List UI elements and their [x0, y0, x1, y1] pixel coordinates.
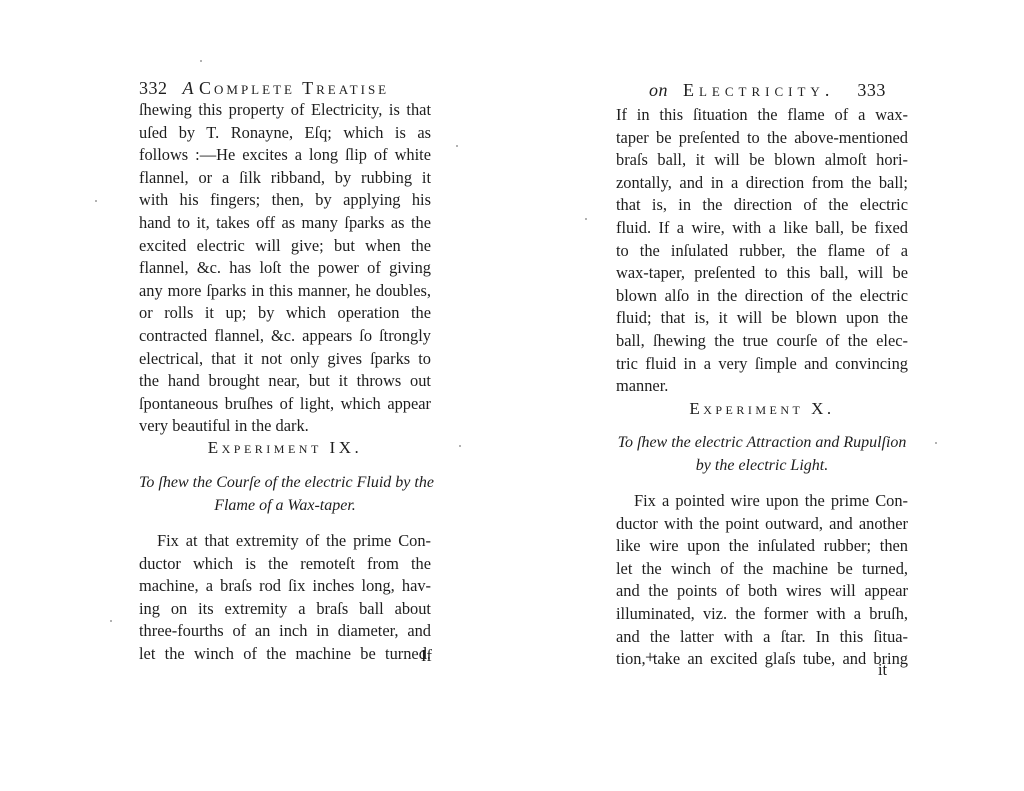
text-line: three-fourths of an inch in diameter, an… [139, 620, 431, 643]
text-line: ing on its extremity a braſs ball about [139, 598, 431, 621]
text-line: let the winch of the machine be turned. [139, 643, 431, 666]
text-line: ball, ſhewing the true courſe of the ele… [616, 330, 908, 353]
text-line: wax-taper, preſented to this ball, will … [616, 262, 908, 285]
text-line: machine, a braſs rod ſix inches long, ha… [139, 575, 431, 598]
text-line: let the winch of the machine be turned, [616, 558, 908, 581]
subtitle-line: To ſhew the electric Attraction and Rupu… [616, 431, 908, 454]
left-head-title: Complete Treatise [199, 78, 389, 98]
text-line: the hand brought near, but it throws out [139, 370, 431, 393]
text-line: hand to it, takes off as many ſparks as … [139, 212, 431, 235]
text-line: manner. [616, 375, 908, 398]
text-line: blown alſo in the direction of the elect… [616, 285, 908, 308]
book-spread: 332 A Complete Treatise ſhewing this pro… [0, 0, 1024, 791]
text-line: ductor which is the remoteſt from the [139, 553, 431, 576]
text-line: electrical, that it not only gives ſpark… [139, 348, 431, 371]
right-body-text: If in this ſituation the flame of a wax-… [616, 104, 908, 398]
subtitle-line: To ſhew the Courſe of the electric Fluid… [139, 471, 431, 494]
scan-speck [95, 200, 97, 202]
text-line: flannel, or a ſilk ribband, by rubbing i… [139, 167, 431, 190]
text-line: very beautiful in the dark. [139, 415, 431, 438]
signature-mark: + [645, 647, 655, 668]
text-line: taper be preſented to the above-mentione… [616, 127, 908, 150]
text-line: or rolls it up; by which operation the [139, 302, 431, 325]
left-running-head: 332 A Complete Treatise [139, 77, 389, 99]
left-catchword: If [421, 646, 432, 666]
text-line: follows :—He excites a long ſlip of whit… [139, 144, 431, 167]
text-line: ſhewing this property of Electricity, is… [139, 99, 431, 122]
text-line: that is, in the direction of the electri… [616, 194, 908, 217]
text-line: with his fingers; then, by applying his [139, 189, 431, 212]
text-line: Fix at that extremity of the prime Con- [139, 530, 431, 553]
text-line: to the inſulated rubber, the flame of a [616, 240, 908, 263]
text-line: flannel, &c. has loſt the power of givin… [139, 257, 431, 280]
experiment-x-body: Fix a pointed wire upon the prime Con- d… [616, 490, 908, 671]
left-folio: 332 [139, 78, 168, 98]
scan-speck [456, 145, 458, 147]
scan-speck [459, 445, 461, 447]
text-line: contracted flannel, &c. appears ſo ſtron… [139, 325, 431, 348]
text-line: Fix a pointed wire upon the prime Con- [616, 490, 908, 513]
scan-speck [200, 60, 202, 62]
right-catchword: it [878, 660, 887, 680]
right-page: on Electricity. 333 If in this ſituation… [512, 0, 1024, 791]
text-line: and the points of both wires will appear [616, 580, 908, 603]
experiment-ix-body: Fix at that extremity of the prime Con- … [139, 530, 431, 666]
text-line: If in this ſituation the flame of a wax- [616, 104, 908, 127]
text-line: ductor with the point outward, and anoth… [616, 513, 908, 536]
text-line: ſpontaneous bruſhes of light, which appe… [139, 393, 431, 416]
experiment-ix-heading: Experiment IX. [139, 438, 431, 458]
scan-speck [935, 442, 937, 444]
text-line: excited electric will give; but when the [139, 235, 431, 258]
left-body-text: ſhewing this property of Electricity, is… [139, 99, 431, 438]
scan-speck [585, 218, 587, 220]
right-head-prefix: on [649, 80, 668, 100]
text-line: braſs ball, it will be blown almoſt hori… [616, 149, 908, 172]
left-head-prefix: A [183, 78, 195, 98]
experiment-x-heading: Experiment X. [616, 399, 908, 419]
text-line: tric fluid in a very ſimple and convinci… [616, 353, 908, 376]
text-line: tion, take an excited glaſs tube, and br… [616, 648, 908, 671]
text-line: uſed by T. Ronayne, Eſq; which is as [139, 122, 431, 145]
right-head-title: Electricity. [683, 80, 834, 100]
right-folio: 333 [857, 80, 886, 100]
text-line: fluid. If a wire, with a like ball, be f… [616, 217, 908, 240]
text-line: fluid; that is, it will be blown upon th… [616, 307, 908, 330]
text-line: any more ſparks in this manner, he doubl… [139, 280, 431, 303]
experiment-ix-subtitle: To ſhew the Courſe of the electric Fluid… [139, 471, 431, 517]
right-running-head: on Electricity. 333 [649, 79, 886, 101]
experiment-x-subtitle: To ſhew the electric Attraction and Rupu… [616, 431, 908, 477]
text-line: and the latter with a ſtar. In this ſitu… [616, 626, 908, 649]
text-line: like wire upon the inſulated rubber; the… [616, 535, 908, 558]
left-page: 332 A Complete Treatise ſhewing this pro… [0, 0, 512, 791]
subtitle-line: by the electric Light. [616, 454, 908, 477]
text-line: zontally, and in a direction from the ba… [616, 172, 908, 195]
subtitle-line: Flame of a Wax-taper. [139, 494, 431, 517]
text-line: illuminated, viz. the former with a bruſ… [616, 603, 908, 626]
scan-speck [110, 620, 112, 622]
